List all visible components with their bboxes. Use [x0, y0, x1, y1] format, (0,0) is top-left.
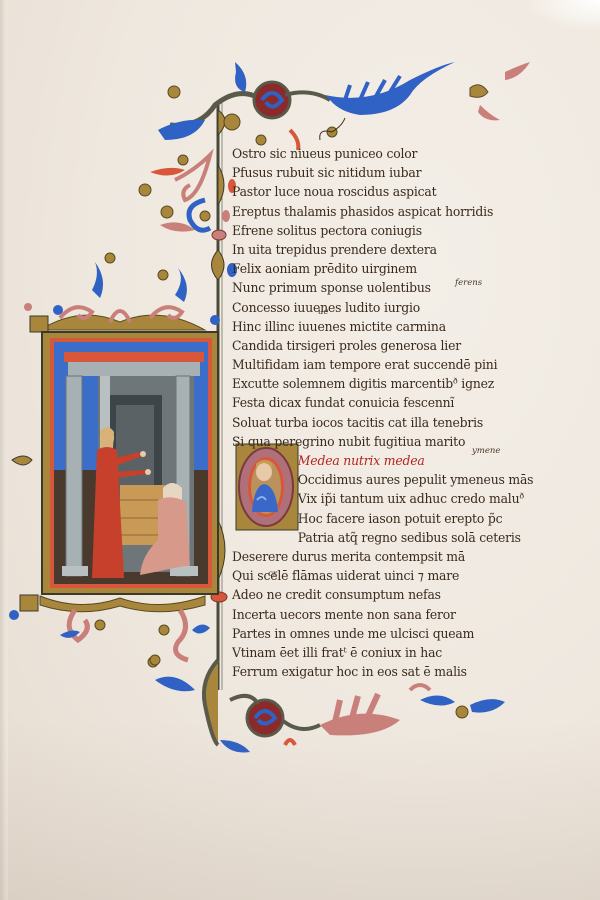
verse-line: Vtinam ēet illi fratᵗ ē coniux in hac: [232, 644, 542, 663]
verse-line: Efrene solitus pectora coniugis: [232, 222, 542, 241]
verse-line: Vix ip̃i tantum uix adhuc credo maluᶞ: [232, 490, 542, 509]
verse-line: Concesso iuuenes ludito iurgio: [232, 299, 542, 318]
interlinear-gloss: ferens: [455, 278, 482, 288]
verse-line: Partes in omnes unde me ulcisci queam: [232, 625, 542, 644]
verse-line: Pastor luce noua roscidus aspicat: [232, 183, 542, 202]
top-acanthus-flourish: [158, 62, 530, 150]
verse-line: Ferrum exigatur hoc in eos sat ē malis: [232, 663, 542, 682]
verse-line: Adeo ne credit consumptum nefas: [232, 586, 542, 605]
verse-line: Nunc primum sponse uolentibus: [232, 279, 542, 298]
verse-line: Multifidam iam tempore erat succendē pin…: [232, 356, 542, 375]
verse-line: Excutte solemnem digitis marcentibᶞ igne…: [232, 375, 542, 394]
verse-line: Ereptus thalamis phasidos aspicat horrid…: [232, 203, 542, 222]
verse-line: Festa dicax fundat conuicia fescennĩ: [232, 394, 542, 413]
verse-line: Soluat turba iocos tacitis cat illa tene…: [232, 414, 542, 433]
interlinear-gloss: ue: [318, 307, 329, 317]
miniature-painting: [42, 332, 218, 594]
verse-line: Ostro sic niueus puniceo color: [232, 145, 542, 164]
verse-line: Hinc illinc iuuenes mictite carmina: [232, 318, 542, 337]
verse-line: Hoc facere iason potuit erepto p̃c: [232, 510, 542, 529]
verse-line: Qui scelē flāmas uiderat uinci ⁊ mare: [232, 567, 542, 586]
verse-line: In uita trepidus prendere dextera: [232, 241, 542, 260]
verse-line: Patria atq̃ regno sedibus solā ceteris: [232, 529, 542, 548]
interlinear-gloss: ymene: [472, 446, 500, 456]
left-acanthus-flourish: [24, 155, 220, 325]
verse-line: Candida tirsigeri proles generosa lier: [232, 337, 542, 356]
verse-line: Pfusus rubuit sic nitidum iubar: [232, 164, 542, 183]
verse-line: Incerta uecors mente non sana feror: [232, 606, 542, 625]
latin-verse-column: Ostro sic niueus puniceo color Pfusus ru…: [232, 145, 562, 682]
verse-line: Deserere durus merita contempsit mā: [232, 548, 542, 567]
interlinear-gloss: cr: [268, 569, 277, 579]
verse-line: Occidimus aures pepulit ymeneus mās: [232, 471, 542, 490]
verse-line: Felix aoniam prēdito uirginem: [232, 260, 542, 279]
